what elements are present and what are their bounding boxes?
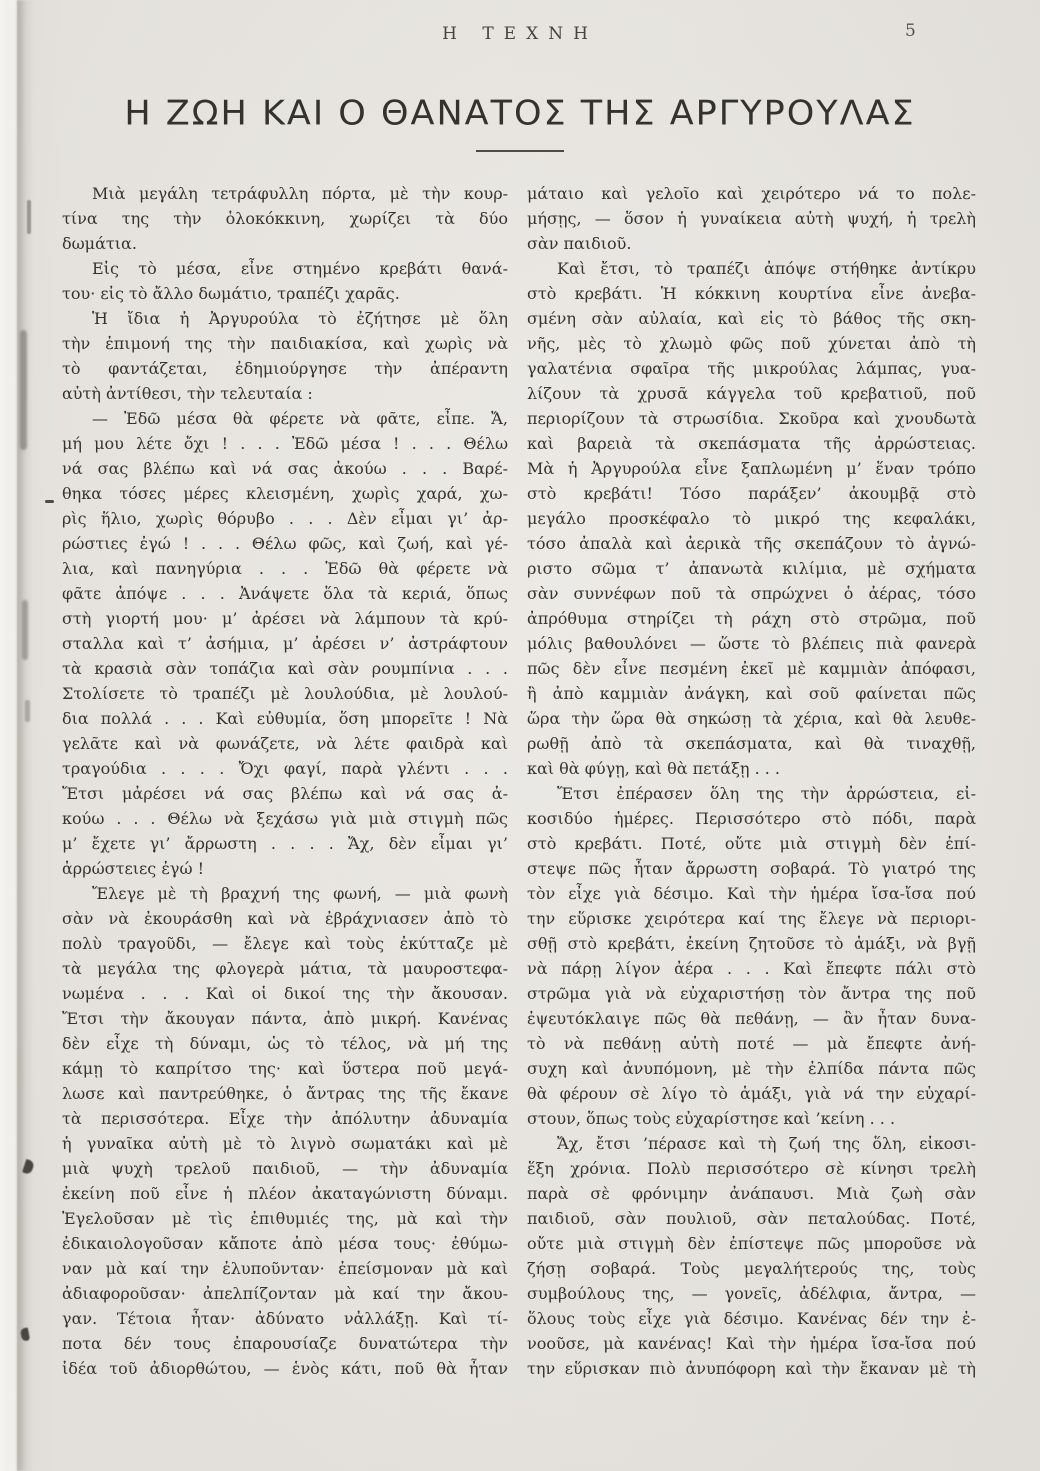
- text-line: Καὶ ἔτσι, τὸ τραπέζι ἀπόψε στήθηκε ἀντίκ…: [527, 256, 976, 281]
- text-line: ἕξη χρόνια. Πολὺ περισσότερο σὲ κίνησι τ…: [527, 1156, 976, 1181]
- text-line: λια, καὶ πανηγύρια . . . Ἐδῶ θὰ φέρετε ν…: [62, 556, 508, 581]
- text-line: ἀδιαφοροῦσαν· ἀπελπίζονταν μὰ καί την ἄκ…: [62, 1281, 508, 1306]
- text-line: σὰν συννέφων ποῦ τὰ σπρώχνει ὁ ἀέρας, τό…: [527, 581, 976, 606]
- text-line: Ἔτσι μἀρέσει νά σας βλέπω καὶ νά σας ἀ-: [62, 781, 508, 806]
- page-edge-mark: [20, 330, 27, 450]
- paragraph: Μιὰ μεγάλη τετράφυλλη πόρτα, μὲ τὴν κουρ…: [62, 181, 508, 256]
- text-line: αὐτὴ ἀντίθεσι, τὴν τελευταία :: [62, 381, 508, 406]
- text-line: οὔτε μιὰ στιγμὴ δὲν ἐπίστεψε πῶς μποροῦσ…: [527, 1231, 976, 1256]
- text-line: λίζουν τὰ χρυσᾶ κάγγελα τοῦ κρεβατιοῦ, π…: [527, 381, 976, 406]
- text-line: τὰ κρασιὰ σὰν τοπάζια καὶ σὰν ρουμπίνια …: [62, 656, 508, 681]
- text-line: φᾶτε ἀπόψε . . . Ἀνάψετε ὅλα τὰ κεριά, ὅ…: [62, 581, 508, 606]
- text-line: ρὶς ἥλιο, χωρὶς θόρυβο . . . Δὲν εἶμαι γ…: [62, 506, 508, 531]
- text-line: νοοῦσε, μὰ κανένας! Καὶ τὴν ἡμέρα ἴσα-ἴσ…: [527, 1331, 976, 1356]
- text-line: στὸ κρεβάτι. Ποτέ, οὔτε μιὰ στιγμὴ δὲν ἐ…: [527, 831, 976, 856]
- text-column-left: Μιὰ μεγάλη τετράφυλλη πόρτα, μὲ τὴν κουρ…: [62, 181, 508, 1381]
- text-line: γελᾶτε καὶ νὰ φωνάζετε, νὰ λέτε φαιδρὰ κ…: [62, 731, 508, 756]
- text-line: ἐδικαιολογοῦσαν κἄποτε ἀπὸ μέσα τους· ἐθ…: [62, 1231, 508, 1256]
- text-line: μήσῃς, — ὅσον ἡ γυναίκεια αὐτὴ ψυχή, ἡ τ…: [527, 206, 976, 231]
- text-line: στὸ κρεβάτι. Ἡ κόκκινη κουρτίνα εἶνε ἀνε…: [527, 281, 976, 306]
- text-line: ὅλους τοὺς εἶχε γιὰ δέσιμο. Κανένας δέν …: [527, 1306, 976, 1331]
- text-line: ποτα δέν τους ἐπαρουσίαζε δυνατώτερα τὴν: [62, 1331, 508, 1356]
- text-line: δωμάτια.: [62, 231, 508, 256]
- text-line: Ἔτσι τὴν ἄκουγαν πάντα, ἀπὸ μικρή. Κανέν…: [62, 1006, 508, 1031]
- text-line: τραγούδια . . . . Ὄχι φαγί, παρὰ γλέντι …: [62, 756, 508, 781]
- text-line: συχη καὶ ἀνυπόμονη, μὲ τὴν ἐλπίδα πάντα …: [527, 1056, 976, 1081]
- text-line: δια πολλά . . . Καὶ εὐθυμία, ὅση μπορεῖτ…: [62, 706, 508, 731]
- text-line: στουν, ὅπως τοὺς εὐχαρίστησε καὶ ’κείνη …: [527, 1106, 976, 1131]
- page-edge-mark: [22, 600, 28, 660]
- text-line: τὸν εἶχε γιὰ δέσιμο. Καὶ τὴν ἡμέρα ἴσα-ἴ…: [527, 881, 976, 906]
- text-line: καὶ βαρειὰ τὰ σκεπάσματα τῆς ἀρρώστειας.: [527, 431, 976, 456]
- text-line: καὶ θὰ φύγῃ, καὶ θὰ πετάξῃ . . .: [527, 756, 976, 781]
- journal-title: Η ΤΕΧΝΗ: [0, 24, 1040, 44]
- text-line: σθῇ στὸ κρεβάτι, ἐκείνη ζητοῦσε τὸ ἁμάξι…: [527, 931, 976, 956]
- text-line: παιδιοῦ, σὰν πουλιοῦ, σὰν πεταλούδας. Πο…: [527, 1206, 976, 1231]
- article-title: Η ΖΩΗ ΚΑΙ Ο ΘΑΝΑΤΟΣ ΤΗΣ ΑΡΓΥΡΟΥΛΑΣ: [0, 95, 1040, 133]
- text-line: σὰν νὰ ἐκουράσθη καὶ νὰ ἐβράχνιασεν ἀπὸ …: [62, 906, 508, 931]
- text-line: μιὰ ψυχὴ τρελοῦ παιδιοῦ, — τὴν ἀδυναμία: [62, 1156, 508, 1181]
- text-line: σὰν παιδιοῦ.: [527, 231, 976, 256]
- page-edge-mark: [25, 700, 30, 722]
- text-line: τὴν ἐπιμονή της τὴν παιδιακίσα, καὶ χωρὶ…: [62, 331, 508, 356]
- text-line: ζήσῃ σοβαρά. Τοὺς μεγαλήτερούς της, τοὺς: [527, 1256, 976, 1281]
- text-line: πολὺ τραγοῦδι, — ἔλεγε καὶ τοὺς ἐκύτταζε…: [62, 931, 508, 956]
- paragraph: — Ἐδῶ μέσα θὰ φέρετε νὰ φᾶτε, εἶπε. Ἄ,μή…: [62, 406, 508, 881]
- text-line: ριστο σῶμα τ’ ἀπανωτὰ κιλίμια, μὲ σχήματ…: [527, 556, 976, 581]
- text-column-right: μάταιο καὶ γελοῖο καὶ χειρότερο νά το πο…: [527, 181, 976, 1381]
- paragraph: Εἰς τὸ μέσα, εἶνε στημένο κρεβάτι θανά-τ…: [62, 256, 508, 306]
- text-line: τὰ μεγάλα της φλογερὰ μάτια, τὰ μαυροστε…: [62, 956, 508, 981]
- text-line: στὸ κρεβάτι! Τόσο παράξεν’ ἀκουμβᾷ στὸ: [527, 481, 976, 506]
- text-line: νωμένα . . . Καὶ οἱ δικοί της τὴν ἄκουσα…: [62, 981, 508, 1006]
- text-line: Ἔλεγε μὲ τὴ βραχνή της φωνή, — μιὰ φωνὴ: [62, 881, 508, 906]
- margin-dash-mark: [45, 500, 54, 503]
- text-line: στεψε πῶς ἦταν ἄρρωστη σοβαρά. Τὸ γιατρό…: [527, 856, 976, 881]
- scan-edge-strip: [0, 0, 17, 1471]
- text-line: μεγάλο προσκέφαλο τὸ μικρό της κεφαλάκι,: [527, 506, 976, 531]
- title-divider-rule: [476, 150, 564, 152]
- text-line: δὲν εἶχε τὴ δύναμι, ὡς τὸ τέλος, νὰ μή τ…: [62, 1031, 508, 1056]
- text-line: γαν. Τέτοια ἦταν· ἀδύνατο νἀλλάξῃ. Καὶ τ…: [62, 1306, 508, 1331]
- text-line: ἐκείνη ποῦ εἶνε ἡ πλέον ἀκαταγώνιστη δύν…: [62, 1181, 508, 1206]
- scanned-page: Η ΤΕΧΝΗ 5 Η ΖΩΗ ΚΑΙ Ο ΘΑΝΑΤΟΣ ΤΗΣ ΑΡΓΥΡΟ…: [0, 0, 1040, 1471]
- text-line: ναν μὰ καί την ἐλυποῦνταν· ἐπείσμοναν μὰ…: [62, 1256, 508, 1281]
- text-line: θηκα τόσες μέρες κλεισμένη, χωρὶς χαρά, …: [62, 481, 508, 506]
- paragraph: Ἄχ, ἔτσι ’πέρασε καὶ τὴ ζωή της ὅλη, εἰκ…: [527, 1131, 976, 1381]
- text-line: μάταιο καὶ γελοῖο καὶ χειρότερο νά το πο…: [527, 181, 976, 206]
- text-line: τὰ περισσότερα. Εἶχε τὴν ἀπόλυτην ἀδυναμ…: [62, 1106, 508, 1131]
- text-line: Εἰς τὸ μέσα, εἶνε στημένο κρεβάτι θανά-: [62, 256, 508, 281]
- text-line: παρὰ σὲ φρόνιμην ἀνάπαυσι. Μιὰ ζωὴ σὰν: [527, 1181, 976, 1206]
- text-line: γαλατένια σφαῖρα τῆς μικρούλας λάμπας, γ…: [527, 356, 976, 381]
- paragraph: Ἡ ἴδια ἡ Ἀργυρούλα τὸ ἐζήτησε μὲ ὅλητὴν …: [62, 306, 508, 406]
- text-line: λωσε καὶ παντρεύθηκε, ὁ ἄντρας της τῆς ἔ…: [62, 1081, 508, 1106]
- paragraph: Καὶ ἔτσι, τὸ τραπέζι ἀπόψε στήθηκε ἀντίκ…: [527, 256, 976, 781]
- text-line: νὰ πάρῃ λίγον ἀέρα . . . Καὶ ἔπεφτε πάλι…: [527, 956, 976, 981]
- text-line: — Ἐδῶ μέσα θὰ φέρετε νὰ φᾶτε, εἶπε. Ἄ,: [62, 406, 508, 431]
- text-line: νῆς, μὲς τὸ χλωμὸ φῶς ποῦ χύνεται ἀπὸ τὴ: [527, 331, 976, 356]
- text-line: μόλις βαθουλόνει — ὥστε τὸ βλέπεις πιὰ φ…: [527, 631, 976, 656]
- text-line: περιορίζουν τὰ στρωσίδια. Σκοῦρα καὶ χνο…: [527, 406, 976, 431]
- text-line: πῶς δὲν εἶνε πεσμένη ἐκεῖ μὲ καμμιὰν ἀπό…: [527, 656, 976, 681]
- text-line: την εὕρισκαν πιὸ ἀνυπόφορη καὶ τὴν ἔκανα…: [527, 1356, 976, 1381]
- text-line: σταλλα καὶ τ’ ἀσήμια, μ’ ἀρέσει ν’ ἀστρά…: [62, 631, 508, 656]
- text-line: τὸ φαντάζεται, ἐδημιούργησε τὴν ἀπέραντη: [62, 356, 508, 381]
- text-line: κοσιδύο ἡμέρες. Περισσότερο στὸ πόδι, πα…: [527, 806, 976, 831]
- text-line: τὸ νὰ πεθάνῃ αὐτὴ ποτέ — μὰ ἔπεφτε ἀνή-: [527, 1031, 976, 1056]
- text-line: μ’ ἔχετε γι’ ἄρρωστη . . . . Ἄχ, δὲν εἶμ…: [62, 831, 508, 856]
- page-edge-mark: [27, 200, 31, 234]
- text-line: ἰδέα τοῦ ἀδιορθώτου, — ἑνὸς κάτι, ποῦ θὰ…: [62, 1356, 508, 1381]
- paragraph: Ἔτσι ἐπέρασεν ὅλη της τὴν ἀρρώστεια, εἰ-…: [527, 781, 976, 1131]
- text-line: κάμῃ τὸ καπρίτσο της· καὶ ὕστερα ποῦ μεγ…: [62, 1056, 508, 1081]
- text-line: Στολίσετε τὸ τραπέζι μὲ λουλούδια, μὲ λο…: [62, 681, 508, 706]
- text-line: Ἔτσι ἐπέρασεν ὅλη της τὴν ἀρρώστεια, εἰ-: [527, 781, 976, 806]
- text-line: νά σας βλέπω καὶ νά σας ἀκούω . . . Βαρέ…: [62, 456, 508, 481]
- text-line: Μιὰ μεγάλη τετράφυλλη πόρτα, μὲ τὴν κουρ…: [62, 181, 508, 206]
- text-line: του· εἰς τὸ ἄλλο δωμάτιο, τραπέζι χαρᾶς.: [62, 281, 508, 306]
- text-line: ἢ ἀπὸ καμμιὰν ἀνάγκη, καὶ σοῦ φαίνεται π…: [527, 681, 976, 706]
- text-line: τόσο ἀπαλὰ καὶ ἀερικὰ τῆς σκεπάζουν τὸ ἀ…: [527, 531, 976, 556]
- text-line: Ἐγελοῦσαν μὲ τὶς ἐπιθυμιές της, μὰ καὶ τ…: [62, 1206, 508, 1231]
- text-line: ρώστιες ἐγώ ! . . . Θέλω φῶς, καὶ ζωή, κ…: [62, 531, 508, 556]
- text-line: στὴ γιορτή μου· μ’ ἀρέσει νὰ λάμπουν τὰ …: [62, 606, 508, 631]
- text-line: Μὰ ἡ Ἀργυρούλα εἶνε ξαπλωμένη μ’ ἕναν τρ…: [527, 456, 976, 481]
- text-line: μή μου λέτε ὄχι ! . . . Ἐδῶ μέσα ! . . .…: [62, 431, 508, 456]
- text-line: σμένη σὰν αὐλαία, καὶ εἰς τὸ βάθος τῆς σ…: [527, 306, 976, 331]
- text-line: θὰ φέρουν σὲ λίγο τὸ ἁμάξι, γιὰ νά την ε…: [527, 1081, 976, 1106]
- text-line: συμβούλους της, — γονεῖς, ἀδέλφια, ἄντρα…: [527, 1281, 976, 1306]
- text-line: Ἄχ, ἔτσι ’πέρασε καὶ τὴ ζωή της ὅλη, εἰκ…: [527, 1131, 976, 1156]
- text-line: ἀπρόθυμα στηρίζει τὴ ράχη στὸ στρῶμα, πο…: [527, 606, 976, 631]
- paragraph: Ἔλεγε μὲ τὴ βραχνή της φωνή, — μιὰ φωνὴσ…: [62, 881, 508, 1381]
- text-line: Ἡ ἴδια ἡ Ἀργυρούλα τὸ ἐζήτησε μὲ ὅλη: [62, 306, 508, 331]
- text-line: κούω . . . Θέλω νὰ ξεχάσω γιὰ μιὰ στιγμὴ…: [62, 806, 508, 831]
- text-line: στρῶμα γιὰ νὰ εὐχαριστήσῃ τὸν ἄντρα της …: [527, 981, 976, 1006]
- text-line: ὥρα τὴν ὥρα θὰ σηκώσῃ τὰ χέρια, καὶ θὰ λ…: [527, 706, 976, 731]
- text-line: τίνα της τὴν ὁλοκόκκινη, χωρίζει τὰ δύο: [62, 206, 508, 231]
- text-line: την εὕρισκε χειρότερα καί της ἔλεγε νὰ π…: [527, 906, 976, 931]
- text-line: ρωθῇ ἀπὸ τὰ σκεπάσματα, καὶ θὰ τιναχθῇ,: [527, 731, 976, 756]
- paragraph: μάταιο καὶ γελοῖο καὶ χειρότερο νά το πο…: [527, 181, 976, 256]
- page-number: 5: [905, 21, 916, 41]
- text-line: ἐψευτόκλαιγε πῶς θὰ πεθάνῃ, — ἂν ἦταν δυ…: [527, 1006, 976, 1031]
- text-line: ἀρρώστειες ἐγώ !: [62, 856, 508, 881]
- text-line: ἡ γυναῖκα αὐτὴ μὲ τὸ λιγνὸ σωματάκι καὶ …: [62, 1131, 508, 1156]
